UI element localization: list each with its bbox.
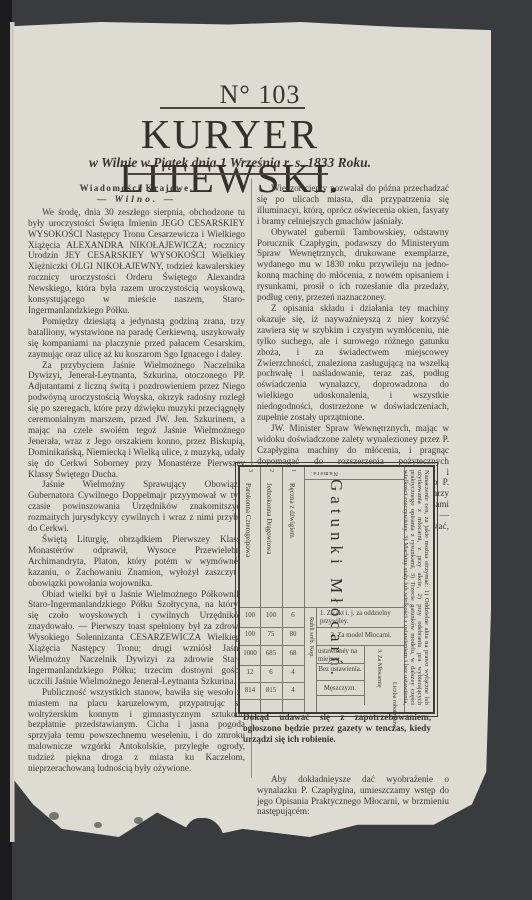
ink-stain [49,812,59,820]
ink-stain [134,817,143,824]
article-paragraph: We środę, dnia 30 zeszłego sierpnia, obc… [28,207,245,316]
ink-stain [94,822,102,828]
table-footnote: Dokąd udawać się z zapotrzebowaniem, ogł… [243,712,431,744]
rubles-label: Rubli sréb. Kop. [307,617,315,697]
row-label: Bez ustawienia. [318,666,362,674]
row-label: ustawionéy na miejscu. [318,648,362,663]
table-side-note: Nanaczenie cen, za jakie można otrzymać:… [402,470,430,705]
article-paragraph: Pomiędzy dziesiątą a jedynastą godziną z… [28,316,245,360]
paper-hole [183,818,225,873]
article-paragraph: Z opisania składu i działania tey machin… [257,303,449,423]
closing-paragraph: Aby dokładnieysze dać wyobrażenie o wyna… [257,774,449,817]
row-label: 2. Za model Młocarni. [320,632,402,640]
article-paragraph: Obywatel guberníi Tambowskiey, odstawny … [257,227,449,303]
row-label: 1. Za akt i. j. za oddzielny przywiley. [320,610,402,625]
dateline: w Wilnie w Piątek dnia 1 Września r. s. … [60,155,400,171]
table-header: Numera. [310,470,338,476]
ink-stain [144,847,151,853]
workers-label: Liczba robotników. [390,682,398,712]
masthead-rule-bottom [128,173,328,175]
article-paragraph: Świętą Liturgię, obrządkiem Pierwszey Kl… [28,534,245,589]
masthead-rule-top [160,107,305,109]
assembled-label: 3. Za Młocarnię [375,649,383,699]
article-paragraph: Za przybyciem Jaśnie Wielmożnego Naczeln… [28,360,245,480]
issue-number: N° 103 [180,80,340,110]
article-paragraph: Jaśnie Wielmożny Sprawujący Obowiązki Gu… [28,479,245,534]
article-paragraph: Publiczność wszystkich stanow, bawiła si… [28,687,245,774]
section-title: Wiadomości Krajowe. [28,183,245,194]
article-paragraph: Obiad wielki był u Jaśnie Wielmożnego Pó… [28,589,245,687]
article-paragraph: Wieczor ciepły pozwalał do późna przecha… [257,183,449,227]
row-label: Męszczyzn. [318,685,362,693]
dateline-place: — Wilno. — [28,195,245,206]
left-column: Wiadomości Krajowe. — Wilno. — We środę,… [28,183,245,774]
